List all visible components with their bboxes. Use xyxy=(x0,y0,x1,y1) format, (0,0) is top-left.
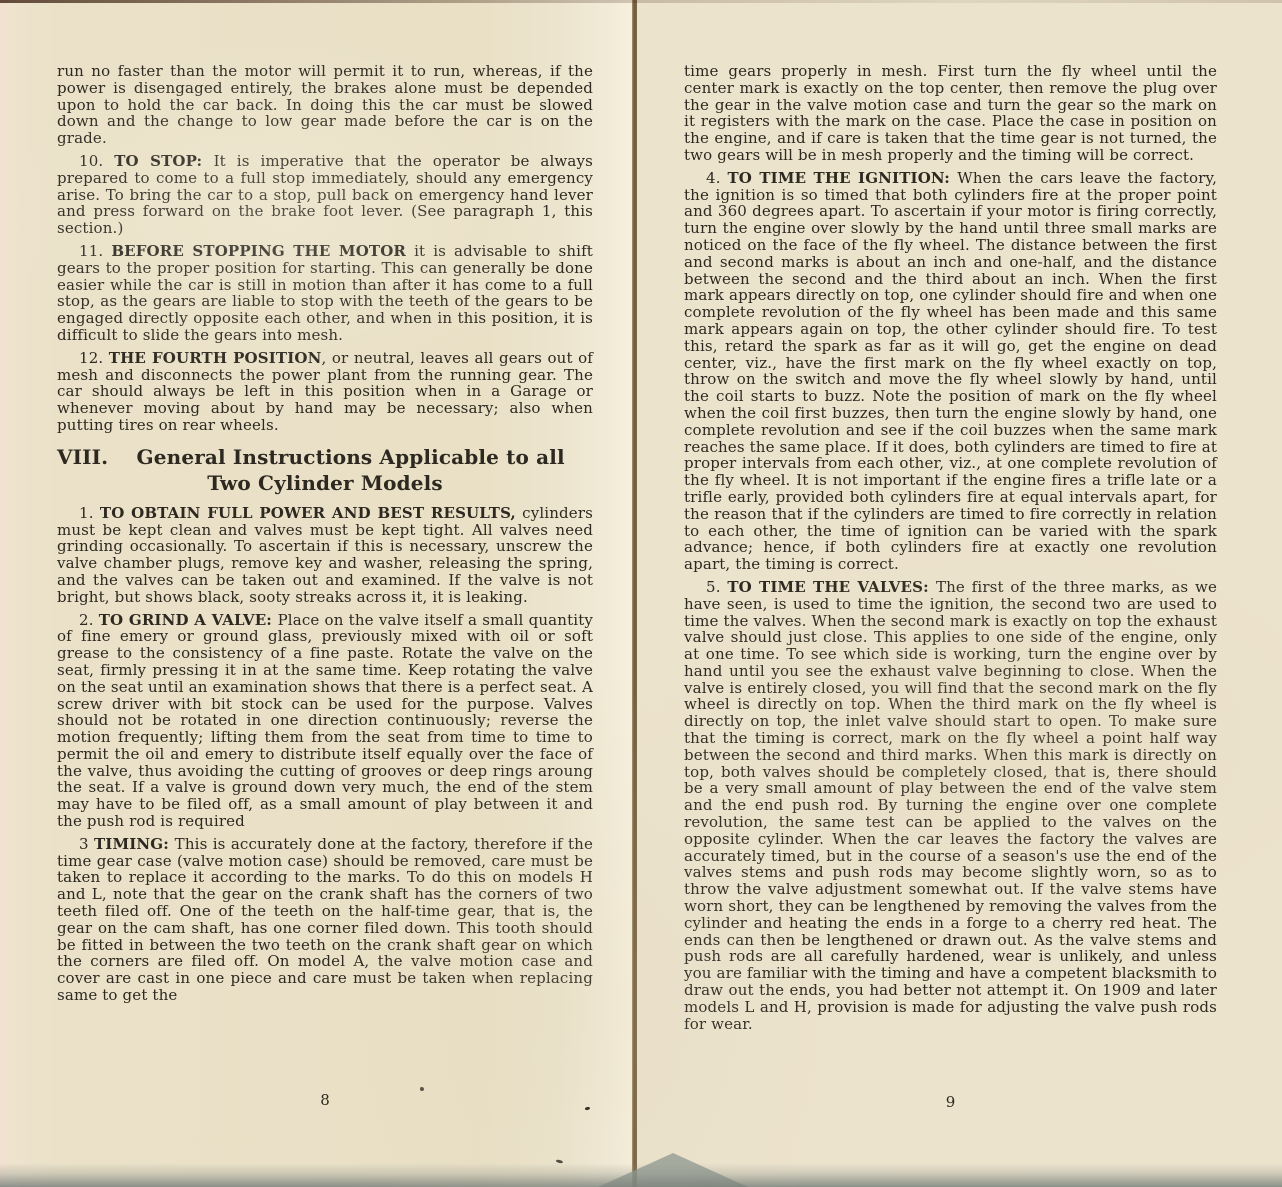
paragraph-lead: TO STOP: xyxy=(114,152,213,170)
paragraph-number: 10. xyxy=(79,152,114,170)
section-numeral: VIII. xyxy=(57,444,108,470)
paragraph: 1. TO OBTAIN FULL POWER AND BEST RESULTS… xyxy=(57,505,593,606)
paragraph: 2. TO GRIND A VALVE: Place on the valve … xyxy=(57,612,593,830)
page-number-left: 8 xyxy=(57,1091,593,1109)
paragraph-lead: BEFORE STOPPING THE MOTOR xyxy=(111,242,406,260)
paragraph: run no faster than the motor will permit… xyxy=(57,63,593,147)
paragraph-number: 4. xyxy=(706,169,728,187)
paragraph: 4. TO TIME THE IGNITION: When the cars l… xyxy=(684,170,1217,573)
scan-top-edge xyxy=(0,0,1282,3)
paragraph-lead: THE FOURTH POSITION xyxy=(109,349,322,367)
paragraph-number: 12. xyxy=(79,349,109,367)
paragraph-lead: TIMING: xyxy=(94,835,175,853)
section-title-line1: General Instructions Applicable to all xyxy=(108,444,593,470)
paragraph-number: 11. xyxy=(79,242,111,260)
right-text-column: time gears properly in mesh. First turn … xyxy=(684,63,1217,1038)
section-title-line2: Two Cylinder Models xyxy=(57,470,593,496)
page-left: run no faster than the motor will permit… xyxy=(0,0,633,1187)
paragraph: 10. TO STOP: It is imperative that the o… xyxy=(57,153,593,237)
paragraph-lead: TO TIME THE VALVES: xyxy=(727,578,936,596)
paragraph: 11. BEFORE STOPPING THE MOTOR it is advi… xyxy=(57,243,593,344)
scan-bottom-shadow xyxy=(0,1163,1282,1187)
paragraph-lead: TO GRIND A VALVE: xyxy=(99,611,278,629)
paragraph-lead: TO OBTAIN FULL POWER AND BEST RESULTS, xyxy=(100,504,516,522)
paragraph-number: 5. xyxy=(706,578,727,596)
paragraph-number: 1. xyxy=(79,504,100,522)
paragraph: 5. TO TIME THE VALVES: The first of the … xyxy=(684,579,1217,1033)
paragraph-number: 3 xyxy=(79,835,94,853)
ink-speck xyxy=(420,1087,424,1091)
page-number-right: 9 xyxy=(684,1093,1217,1111)
page-right: time gears properly in mesh. First turn … xyxy=(637,0,1282,1187)
left-text-column: run no faster than the motor will permit… xyxy=(57,63,593,1010)
section-heading: VIII.General Instructions Applicable to … xyxy=(57,444,593,496)
paragraph: time gears properly in mesh. First turn … xyxy=(684,63,1217,164)
paragraph-lead: TO TIME THE IGNITION: xyxy=(728,169,958,187)
paragraph-number: 2. xyxy=(79,611,99,629)
paragraph: 12. THE FOURTH POSITION, or neutral, lea… xyxy=(57,350,593,434)
book-scan: run no faster than the motor will permit… xyxy=(0,0,1282,1187)
paragraph: 3 TIMING: This is accurately done at the… xyxy=(57,836,593,1004)
